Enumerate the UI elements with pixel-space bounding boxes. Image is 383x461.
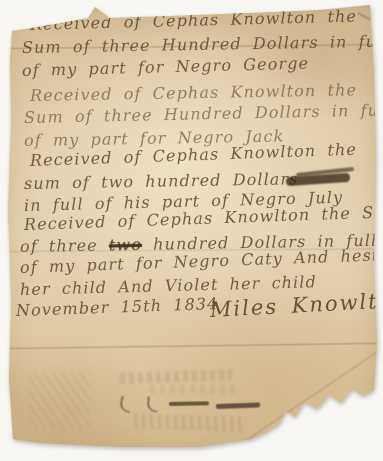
handwritten-line: Received of Cephas Knowlton the xyxy=(30,8,357,33)
crease-line xyxy=(242,343,383,443)
ink-bleed-mark xyxy=(134,413,246,432)
handwritten-line: Sum of three Hundred Dollars in full xyxy=(24,102,383,126)
ink-smudge xyxy=(169,401,209,406)
scanned-document: Received of Cephas Knowlton the Sum of t… xyxy=(0,0,383,461)
handwritten-line: Received of Cephas Knowlton the xyxy=(30,82,357,104)
ink-bleed-mark xyxy=(150,385,240,394)
ink-smudge xyxy=(216,402,260,408)
date-line: November 15th 1834 xyxy=(16,296,219,319)
line-text-before-strike: of three xyxy=(20,235,109,256)
ink-smudge xyxy=(146,396,159,412)
ink-smudge xyxy=(119,396,133,413)
handwritten-line: Sum of three Hundred Dollars in full xyxy=(22,34,383,56)
handwritten-line: of my part for Negro George xyxy=(22,55,310,79)
pencil-mark xyxy=(358,12,371,20)
ink-bleed-mark xyxy=(28,372,90,428)
ink-bleed-mark xyxy=(120,369,232,384)
crease-line xyxy=(10,342,376,350)
struck-word: two xyxy=(109,235,142,255)
paper-shadow: Received of Cephas Knowlton the Sum of t… xyxy=(0,0,383,461)
paper-sheet: Received of Cephas Knowlton the Sum of t… xyxy=(0,0,383,461)
signature: Miles Knowlton xyxy=(209,290,383,321)
